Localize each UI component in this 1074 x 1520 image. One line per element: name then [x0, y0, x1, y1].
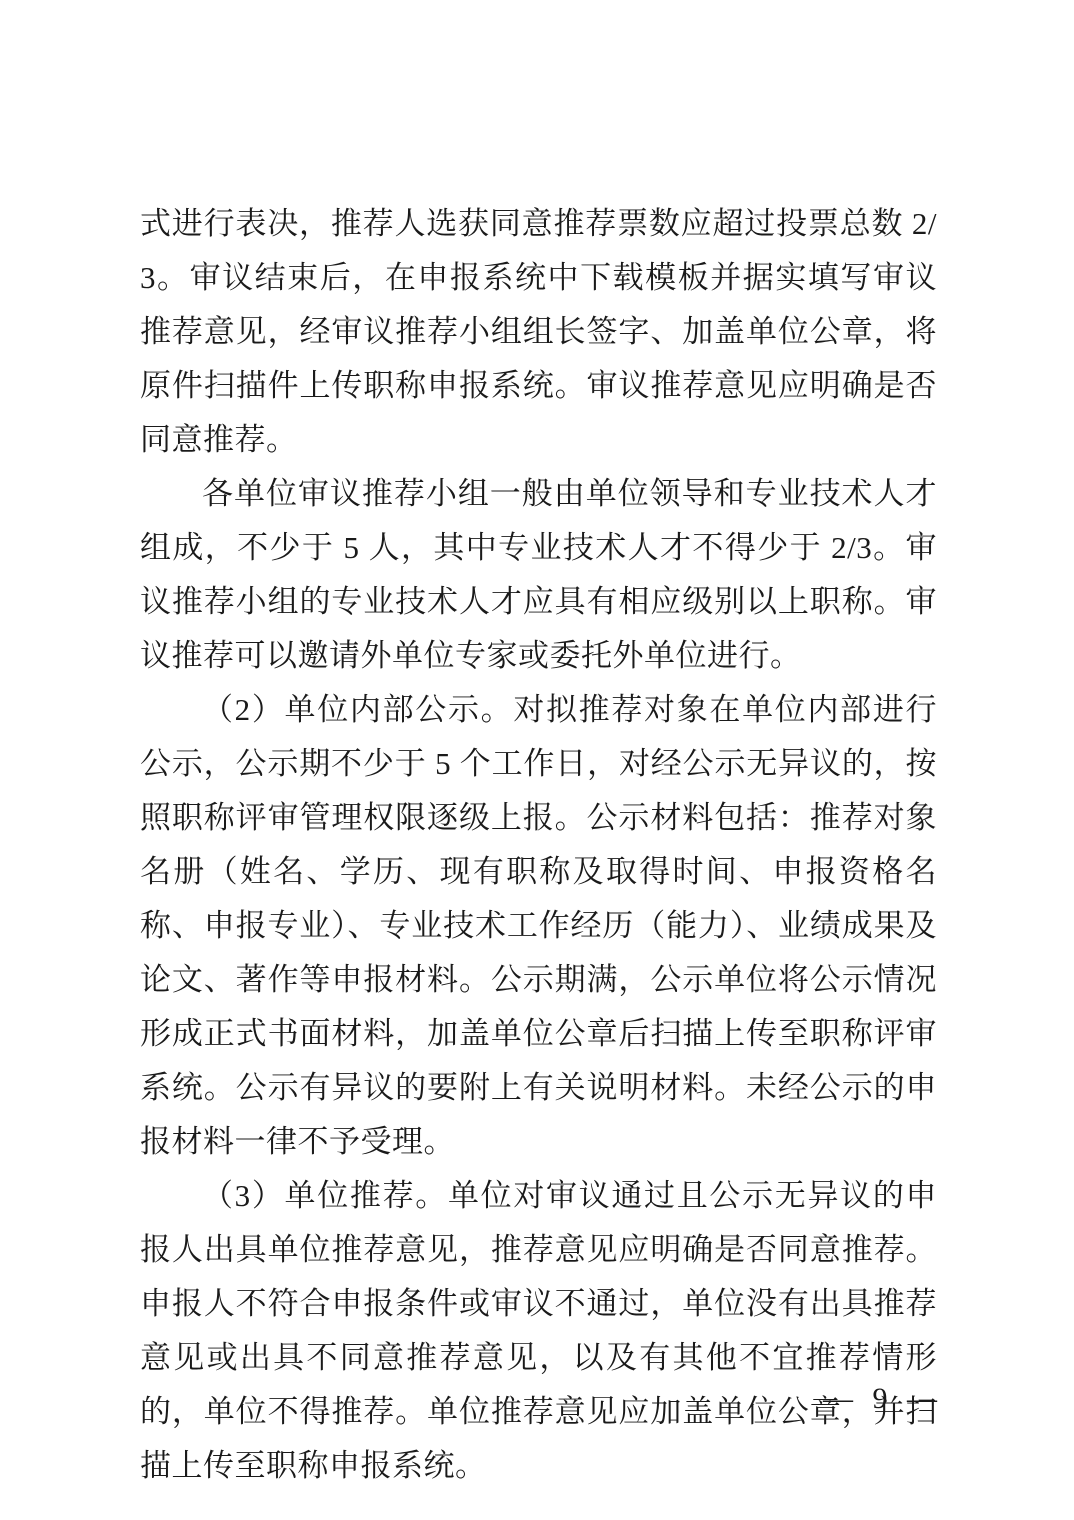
paragraph-3: （2）单位内部公示。对拟推荐对象在单位内部进行公示，公示期不少于 5 个工作日，… [140, 683, 937, 1169]
paragraph-2: 各单位审议推荐小组一般由单位领导和专业技术人才组成，不少于 5 人，其中专业技术… [140, 467, 937, 683]
paragraph-4: （3）单位推荐。单位对审议通过且公示无异议的申报人出具单位推荐意见，推荐意见应明… [140, 1169, 937, 1493]
page-number: — 9 — [823, 1381, 943, 1417]
document-page: 式进行表决，推荐人选获同意推荐票数应超过投票总数 2/3。审议结束后，在申报系统… [0, 0, 1074, 1520]
paragraph-1: 式进行表决，推荐人选获同意推荐票数应超过投票总数 2/3。审议结束后，在申报系统… [140, 197, 937, 467]
document-body: 式进行表决，推荐人选获同意推荐票数应超过投票总数 2/3。审议结束后，在申报系统… [140, 197, 937, 1493]
